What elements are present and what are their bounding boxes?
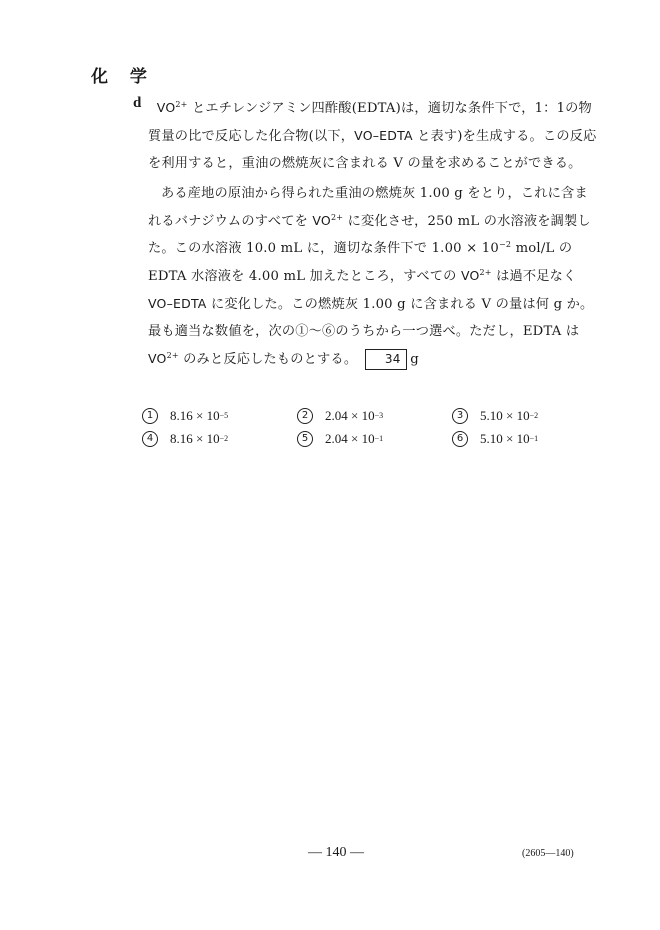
question-label: d <box>133 95 141 112</box>
superscript: 2+ <box>175 100 187 109</box>
choice-1[interactable]: 1 8.16 × 10−5 <box>142 408 297 424</box>
circled-number-icon: 1 <box>142 408 158 424</box>
question-body: VO2+ とエチレンジアミン四酢酸(EDTA)は，適切な条件下で，1：1の物質量… <box>148 94 598 373</box>
page-number: — 140 — <box>308 845 364 861</box>
formula-vo-edta: VO–EDTA <box>354 128 413 143</box>
circled-number-icon: 3 <box>452 408 468 424</box>
answer-choices: 1 8.16 × 10−5 2 2.04 × 10−3 3 5.10 × 10−… <box>142 408 602 447</box>
formula-vo: VO <box>312 213 331 228</box>
subject-title: 化 学 <box>91 62 155 87</box>
circled-number-icon: 4 <box>142 431 158 447</box>
choice-6[interactable]: 6 5.10 × 10−1 <box>452 431 602 447</box>
choice-2[interactable]: 2 2.04 × 10−3 <box>297 408 452 424</box>
circled-number-icon: 2 <box>297 408 313 424</box>
circled-number-icon: 5 <box>297 431 313 447</box>
circled-number-icon: 6 <box>452 431 468 447</box>
formula-vo: VO <box>148 351 167 366</box>
choice-5[interactable]: 5 2.04 × 10−1 <box>297 431 452 447</box>
paragraph-1: VO2+ とエチレンジアミン四酢酸(EDTA)は，適切な条件下で，1：1の物質量… <box>148 94 598 177</box>
paragraph-2: ある産地の原油から得られた重油の燃焼灰 1.00 g をとり，これに含まれるバナ… <box>148 180 598 373</box>
choice-3[interactable]: 3 5.10 × 10−2 <box>452 408 602 424</box>
answer-box[interactable]: 34 <box>365 349 407 370</box>
formula-vo: VO <box>157 100 176 115</box>
page-code: (2605—140) <box>522 848 574 859</box>
formula-vo: VO <box>461 268 480 283</box>
unit: g <box>410 352 419 367</box>
formula-vo-edta: VO–EDTA <box>148 296 207 311</box>
choice-4[interactable]: 4 8.16 × 10−2 <box>142 431 297 447</box>
